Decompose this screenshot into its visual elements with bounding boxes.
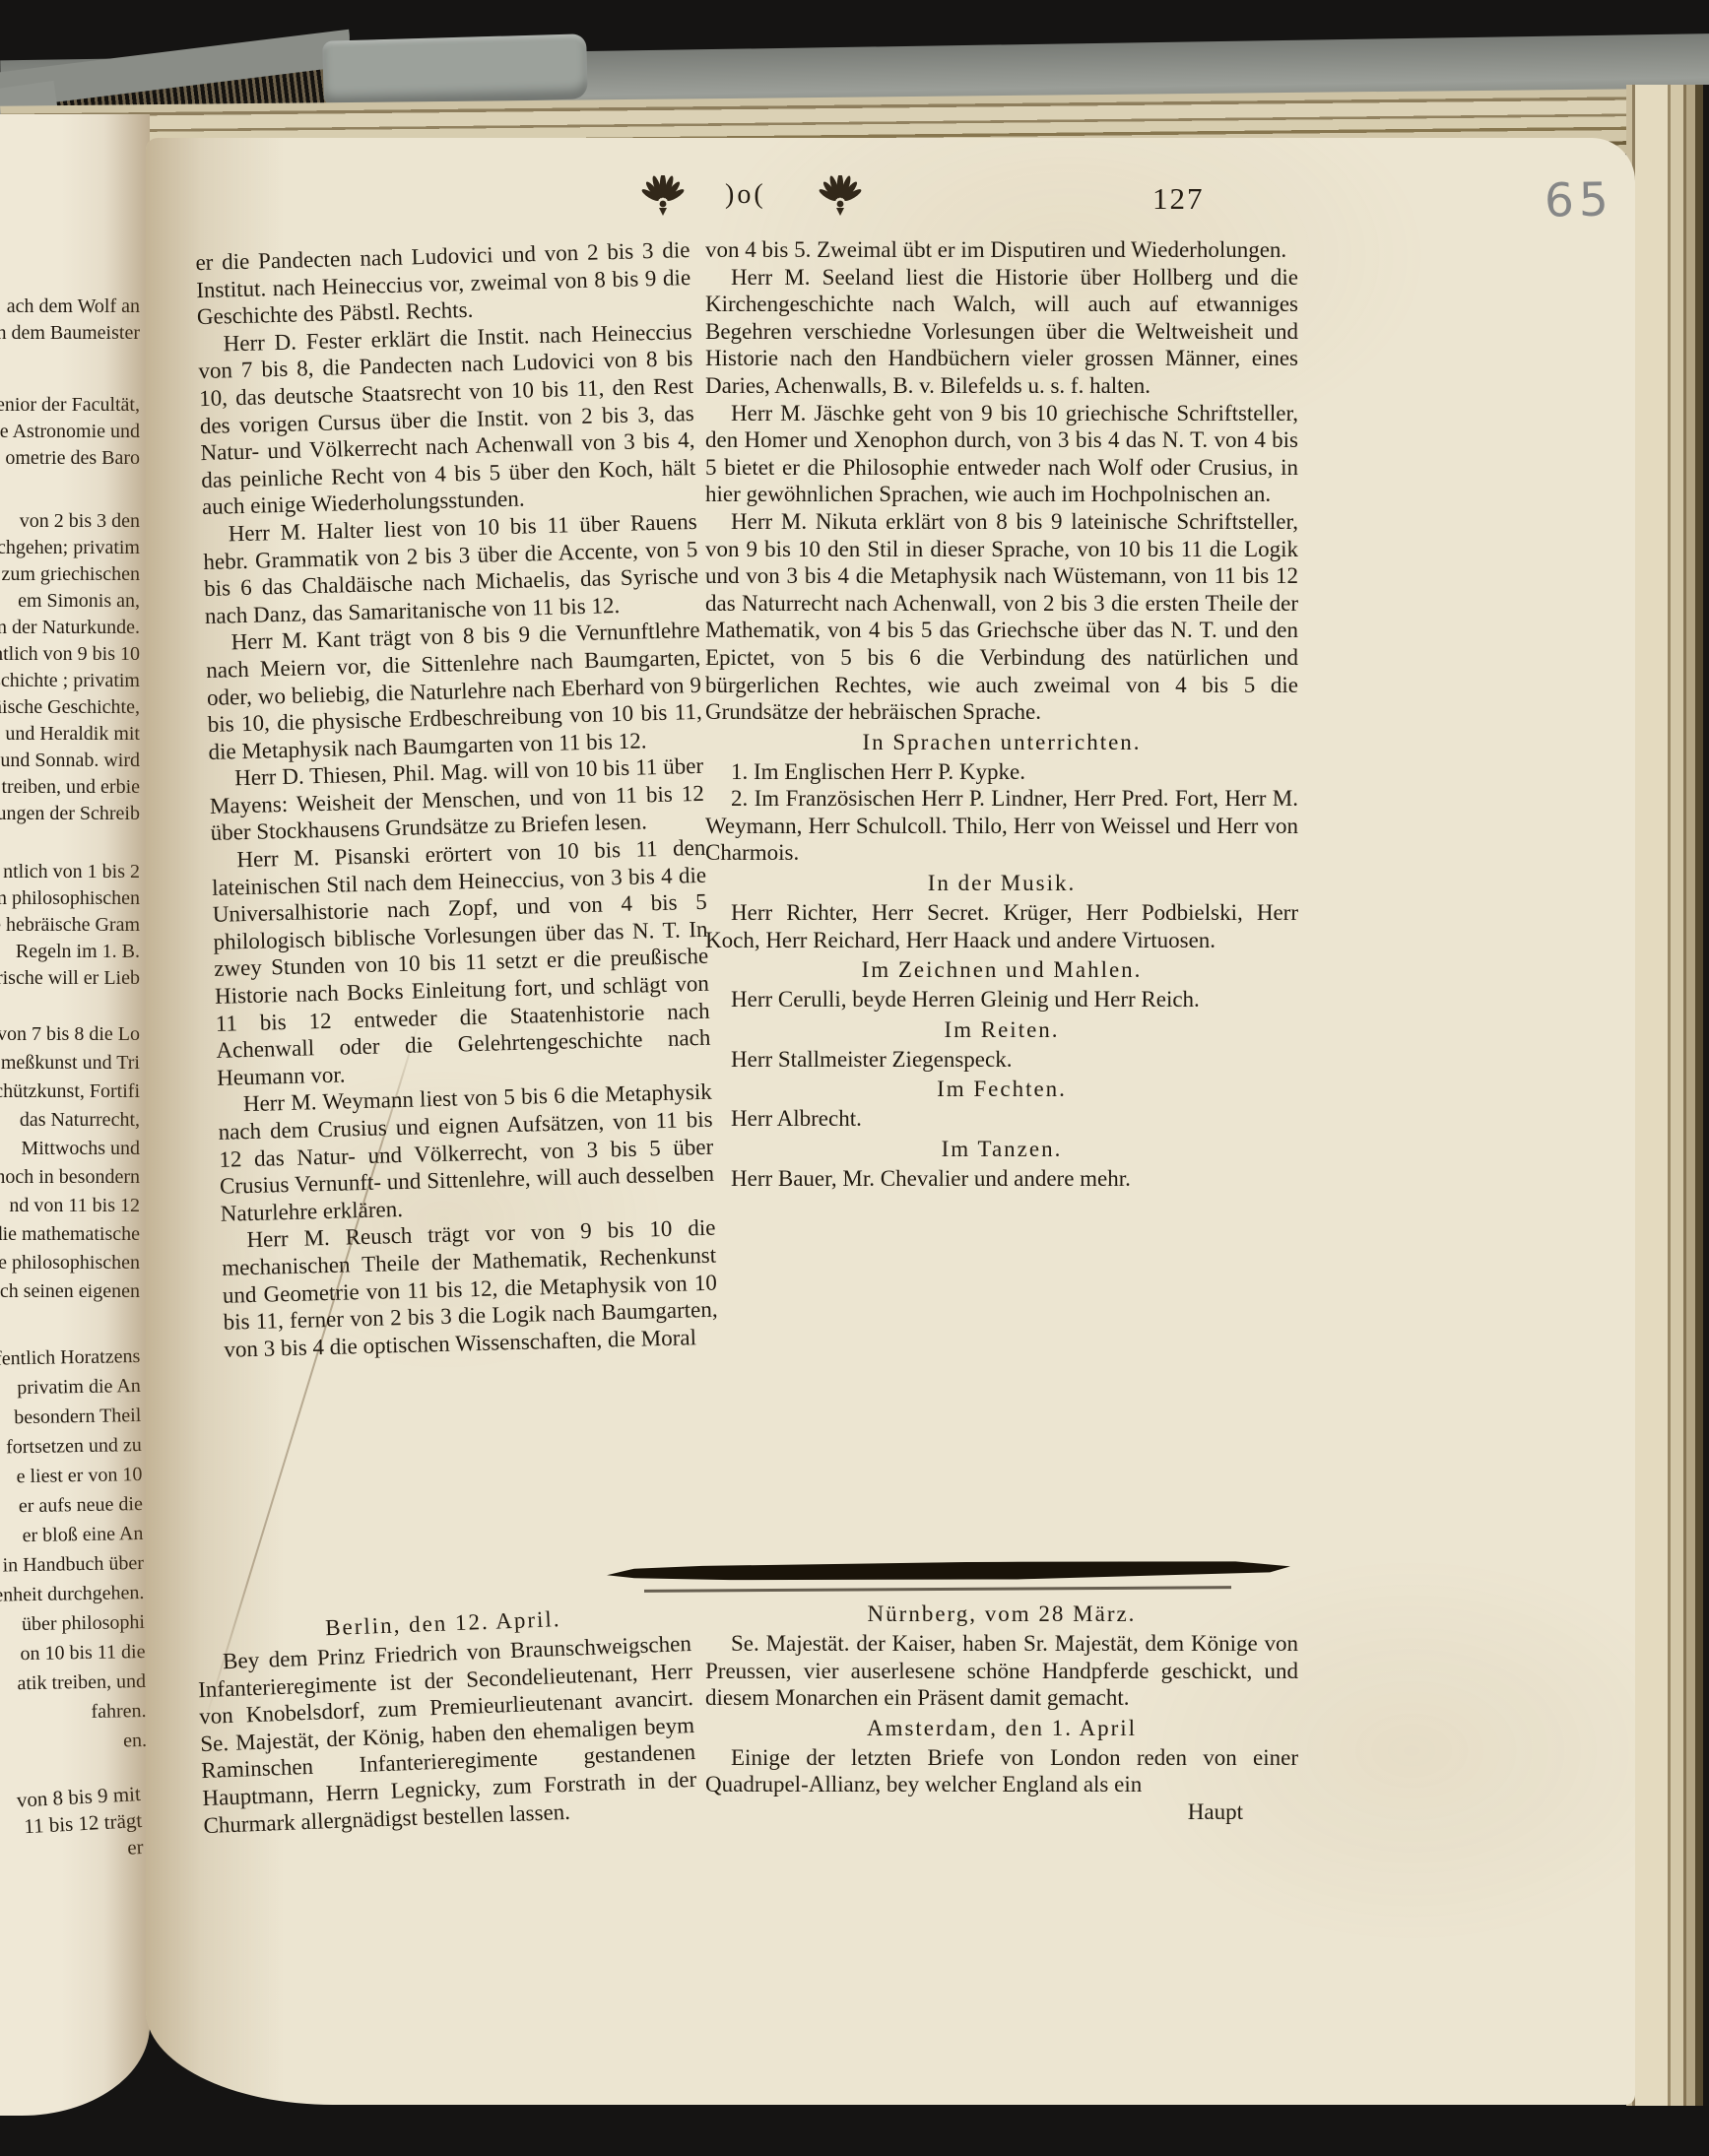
margin-fragment: enior der Facultät, die Astronomie und o… <box>0 392 140 472</box>
paragraph: Herr D. Fester erklärt die Instit. nach … <box>197 318 696 521</box>
book-page: )o( 127 65 er die Pandecten nach Ludovic… <box>146 138 1635 2105</box>
left-text-column: er die Pandecten nach Ludovici und von 2… <box>195 236 718 1363</box>
previous-page-strip: ach dem Wolf an ch dem Baumeister enior … <box>0 114 150 2116</box>
section-heading-musik: In der Musik. <box>705 870 1298 897</box>
news-sections: Berlin, den 12. April. Bey dem Prinz Fri… <box>195 1598 1298 1826</box>
library-stamp-number: 65 <box>1545 172 1614 228</box>
dateline-amsterdam: Amsterdam, den 1. April <box>705 1715 1298 1742</box>
paragraph: Herr Richter, Herr Secret. Krüger, Herr … <box>705 899 1298 953</box>
paragraph: Herr M. Reusch trägt vor von 9 bis 10 di… <box>221 1214 718 1363</box>
section-heading-zeichnen: Im Zeichnen und Mahlen. <box>705 956 1298 984</box>
paragraph: Herr M. Pisanski erörtert von 10 bis 11 … <box>211 834 711 1091</box>
news-paragraph: Bey dem Prinz Friedrich von Braunschweig… <box>197 1630 698 1839</box>
dateline-nuernberg: Nürnberg, vom 28 März. <box>705 1601 1298 1628</box>
book-headband <box>322 33 588 105</box>
paragraph: Herr Cerulli, beyde Herren Gleinig und H… <box>705 986 1298 1013</box>
text-columns: er die Pandecten nach Ludovici und von 2… <box>195 236 1298 1350</box>
list-item: 1. Im Englischen Herr P. Kypke. <box>705 758 1298 786</box>
section-divider-rule <box>607 1560 1290 1583</box>
margin-fragment: ntlich von 1 bis 2 im philosophischen e … <box>0 859 140 992</box>
news-paragraph: Se. Majestät. der Kaiser, haben Sr. Maje… <box>705 1630 1298 1712</box>
margin-fragment: ach dem Wolf an ch dem Baumeister <box>0 294 140 347</box>
paragraph: Herr M. Weymann liest von 5 bis 6 die Me… <box>218 1078 715 1227</box>
paragraph: Herr Albrecht. <box>705 1105 1298 1133</box>
news-paragraph: Einige der letzten Briefe von London red… <box>705 1744 1298 1798</box>
margin-fragment: von 2 bis 3 den rchgehen; privatim ng zu… <box>0 508 140 827</box>
section-heading-reiten: Im Reiten. <box>705 1016 1298 1044</box>
paragraph: Herr M. Jäschke geht von 9 bis 10 griech… <box>705 400 1298 508</box>
right-text-column: von 4 bis 5. Zweimal übt er im Disputire… <box>705 236 1298 1350</box>
paragraph-kant: Herr M. Kant trägt von 8 bis 9 die Vernu… <box>205 617 702 765</box>
paragraph: Herr Stallmeister Ziegenspeck. <box>705 1046 1298 1074</box>
paragraph: von 4 bis 5. Zweimal übt er im Disputire… <box>705 236 1298 264</box>
news-column-berlin: Berlin, den 12. April. Bey dem Prinz Fri… <box>195 1598 698 1845</box>
margin-fragment: von 8 bis 9 mit 11 bis 12 trägt er <box>0 1781 144 1875</box>
book-scan: { "header": { "separator": ")o(", "page_… <box>0 0 1709 2156</box>
paragraph: Herr M. Nikuta erklärt von 8 bis 9 latei… <box>705 508 1298 726</box>
margin-fragment: von 7 bis 8 die Lo meßkunst und Tri schü… <box>0 1020 140 1306</box>
section-heading-tanzen: Im Tanzen. <box>705 1136 1298 1163</box>
news-column-right: Nürnberg, vom 28 März. Se. Majestät. der… <box>705 1598 1298 1826</box>
paragraph: Herr D. Thiesen, Phil. Mag. will von 10 … <box>209 752 705 847</box>
catchword: Haupt <box>705 1798 1298 1826</box>
shell-ornament-icon <box>640 175 686 222</box>
page-number: 127 <box>1152 181 1205 217</box>
right-page-edges <box>1626 85 1709 2106</box>
shell-ornament-icon <box>818 175 863 222</box>
paragraph: er die Pandecten nach Ludovici und von 2… <box>195 236 691 331</box>
margin-fragment: fentlich Horatzens privatim die An beson… <box>0 1341 147 1760</box>
paragraph: Herr M. Seeland liest die Historie über … <box>705 264 1298 400</box>
list-item: 2. Im Französischen Herr P. Lindner, Her… <box>705 785 1298 867</box>
section-heading-fechten: Im Fechten. <box>705 1076 1298 1103</box>
section-divider-rule-echo <box>644 1586 1231 1593</box>
paragraph: Herr M. Halter liest von 10 bis 11 über … <box>202 508 699 629</box>
paragraph: Herr Bauer, Mr. Chevalier und andere meh… <box>705 1165 1298 1193</box>
header-separator: )o( <box>725 179 766 211</box>
section-heading-sprachen: In Sprachen unterrichten. <box>705 729 1298 756</box>
